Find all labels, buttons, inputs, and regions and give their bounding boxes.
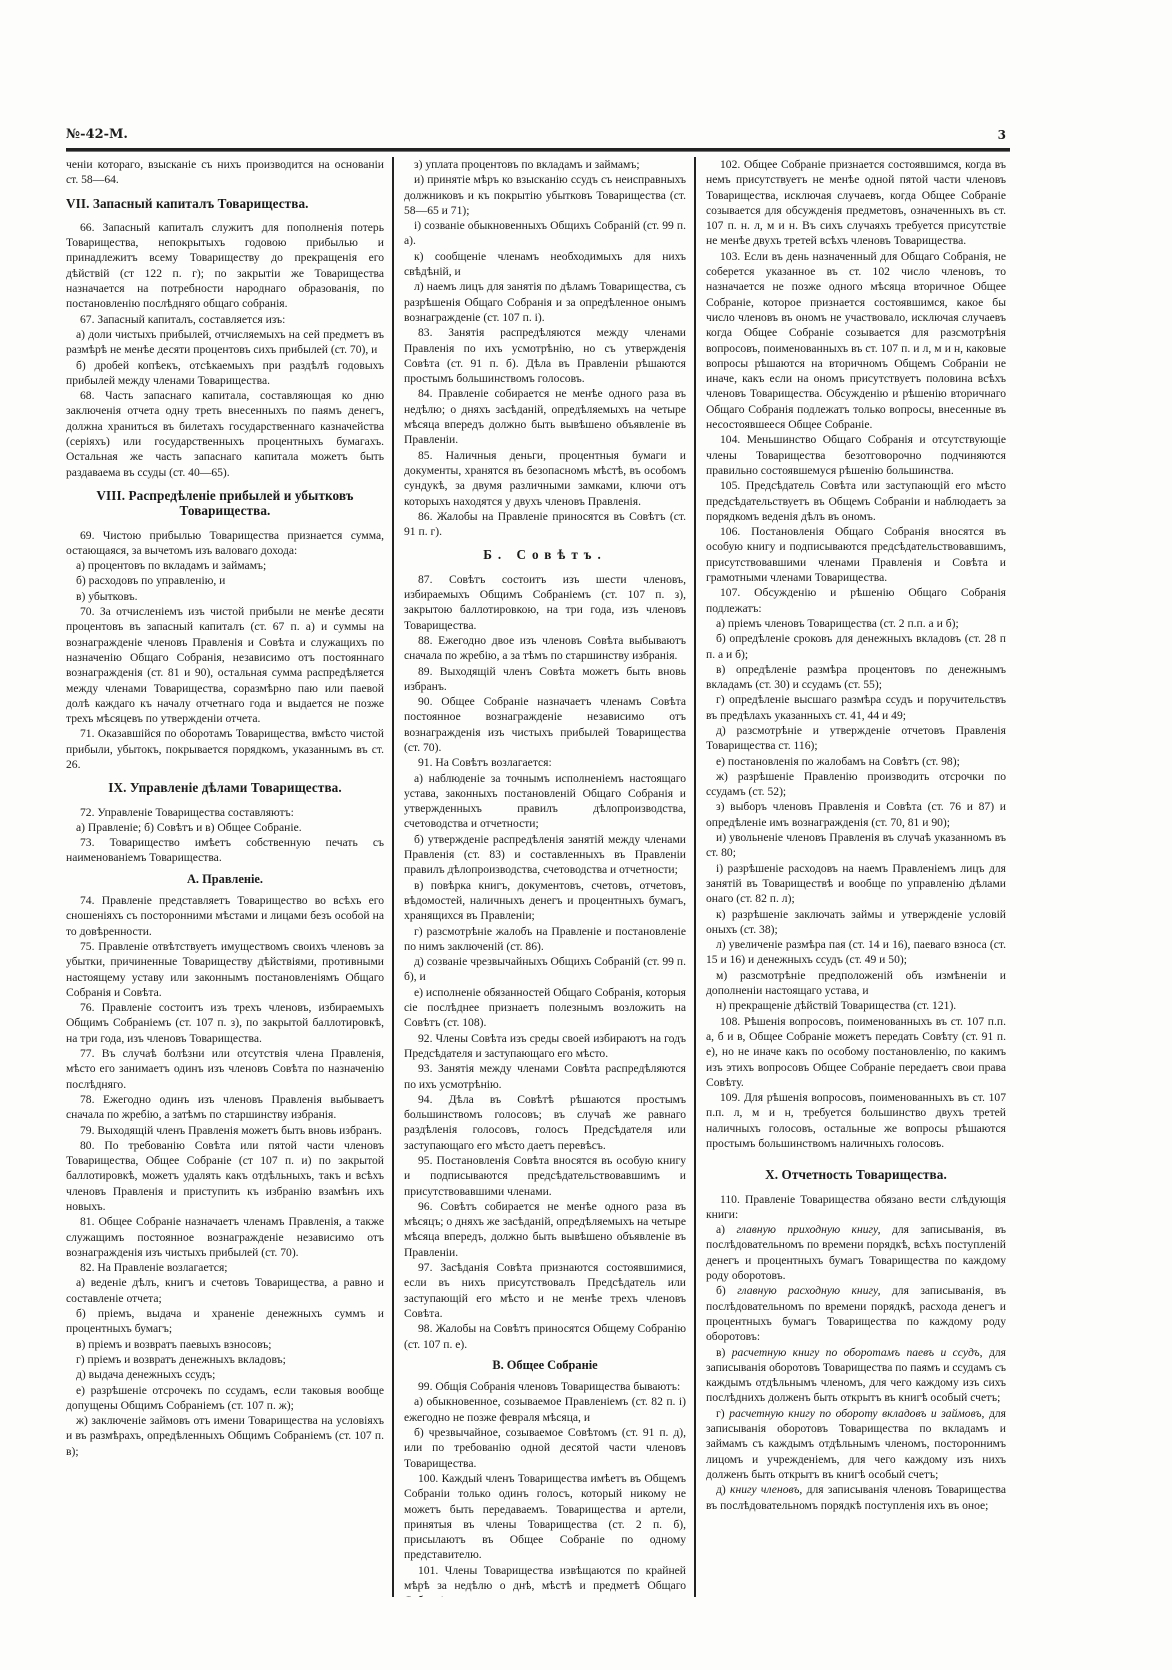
article-93: 93. Занятія между членами Совѣта распред… xyxy=(404,1061,686,1092)
article-95: 95. Постановленія Совѣта вносятся въ осо… xyxy=(404,1153,686,1199)
article-67: 67. Запасный капиталъ, составляется изъ: xyxy=(66,312,384,327)
item-label: а) xyxy=(716,1223,725,1236)
column-3: 102. Общее Собраніе признается состоявши… xyxy=(694,157,1006,1597)
article-91-v: в) повѣрка книгъ, документовъ, счетовъ, … xyxy=(404,878,686,924)
article-82-v: в) пріемъ и возвратъ паевыхъ взносовъ; xyxy=(66,1337,384,1352)
article-69-a: а) процентовъ по вкладамъ и займамъ; xyxy=(66,558,384,573)
article-99-b: б) чрезвычайное, созываемое Совѣтомъ (ст… xyxy=(404,1425,686,1471)
article-96: 96. Совѣтъ собирается не менѣе одного ра… xyxy=(404,1199,686,1260)
article-107-b: б) опредѣленіе сроковъ для денежныхъ вкл… xyxy=(706,631,1006,662)
article-107-m: м) разсмотрѣніе предположеній объ измѣне… xyxy=(706,968,1006,999)
article-71: 71. Оказавшійся по оборотамъ Товариществ… xyxy=(66,726,384,772)
article-107-z: з) выборъ членовъ Правленія и Совѣта (ст… xyxy=(706,799,1006,830)
newspaper-page: №-42-М. 3 ченіи котораго, взысканіе съ н… xyxy=(66,118,1010,1597)
article-69-b: б) расходовъ по управленію, и xyxy=(66,573,384,588)
article-82-zh: ж) заключеніе займовъ отъ имени Товарище… xyxy=(66,1413,384,1459)
item-label: г) xyxy=(716,1407,725,1420)
column-1: ченіи котораго, взысканіе съ нихъ произв… xyxy=(66,157,392,1597)
article-70: 70. За отчисленіемъ изъ чистой прибыли н… xyxy=(66,604,384,726)
header-rule xyxy=(66,148,1010,151)
article-110-d: д) книгу членовъ, для записыванія членов… xyxy=(706,1482,1006,1513)
article-72: 72. Управленіе Товарищества составляютъ: xyxy=(66,805,384,820)
issue-number: №-42-М. xyxy=(66,127,128,142)
article-97: 97. Засѣданія Совѣта признаются состоявш… xyxy=(404,1260,686,1321)
article-66: 66. Запасный капиталъ служитъ для пополн… xyxy=(66,220,384,312)
article-69-c: в) убытковъ. xyxy=(66,589,384,604)
item-label: б) xyxy=(716,1284,726,1297)
article-91-a: а) наблюденіе за точнымъ исполненіемъ на… xyxy=(404,771,686,832)
article-91: 91. На Совѣтъ возлагается: xyxy=(404,755,686,770)
article-68: 68. Часть запаснаго капитала, составляющ… xyxy=(66,388,384,480)
article-107-n: н) прекращеніе дѣйствій Товарищества (ст… xyxy=(706,998,1006,1013)
book-title: расчетную книгу по оборотамъ паевъ и ссу… xyxy=(732,1346,983,1359)
article-91-e: е) исполненіе обязанностей Общаго Собран… xyxy=(404,985,686,1031)
page-header: №-42-М. 3 xyxy=(66,118,1010,142)
article-91-d: д) созваніе чрезвычайныхъ Общихъ Собрані… xyxy=(404,954,686,985)
article-82-e: е) разрѣшеніе отсрочекъ по ссудамъ, если… xyxy=(66,1383,384,1414)
article-86: 86. Жалобы на Правленіе приносятся въ Со… xyxy=(404,509,686,540)
text-columns: ченіи котораго, взысканіе съ нихъ произв… xyxy=(66,157,1010,1597)
article-91-g: г) разсмотрѣніе жалобъ на Правленіе и по… xyxy=(404,924,686,955)
article-100: 100. Каждый членъ Товарищества имѣетъ въ… xyxy=(404,1471,686,1563)
article-72-a: а) Правленіе; б) Совѣтъ и в) Общее Собра… xyxy=(66,820,384,835)
article-104: 104. Меньшинство Общаго Собранія и отсут… xyxy=(706,432,1006,478)
article-78: 78. Ежегодно одинъ изъ членовъ Правленія… xyxy=(66,1092,384,1123)
article-105: 105. Предсѣдатель Совѣта или заступающій… xyxy=(706,478,1006,524)
article-82-i: и) принятіе мѣръ ко взысканію ссудъ съ н… xyxy=(404,172,686,218)
article-82-z: з) уплата процентовъ по вкладамъ и займа… xyxy=(404,157,686,172)
article-110-b: б) главную расходную книгу, для записыва… xyxy=(706,1283,1006,1344)
article-80: 80. По требованію Совѣта или пятой части… xyxy=(66,1138,384,1214)
paragraph: ченіи котораго, взысканіе съ нихъ произв… xyxy=(66,157,384,188)
article-107-k: к) разрѣшеніе заключать займы и утвержде… xyxy=(706,907,1006,938)
article-107-i2: і) разрѣшеніе расходовъ на наемъ Правлен… xyxy=(706,861,1006,907)
section-heading-viii: VIII. Распредѣленіе прибылей и убытковъ … xyxy=(66,488,384,519)
article-102: 102. Общее Собраніе признается состоявши… xyxy=(706,157,1006,249)
subsection-heading-b: Б. Совѣтъ. xyxy=(404,547,686,562)
spacer xyxy=(706,1151,1006,1159)
article-110-v: в) расчетную книгу по оборотамъ паевъ и … xyxy=(706,1345,1006,1406)
article-67-a: а) доли чистыхъ прибылей, отчисляемыхъ н… xyxy=(66,327,384,358)
article-85: 85. Наличныя деньги, процентныя бумаги и… xyxy=(404,448,686,509)
article-107-l: л) увеличеніе размѣра пая (ст. 14 и 16),… xyxy=(706,937,1006,968)
article-107-e: е) постановленія по жалобамъ на Совѣтъ (… xyxy=(706,754,1006,769)
article-84: 84. Правленіе собирается не менѣе одного… xyxy=(404,386,686,447)
article-106: 106. Постановленія Общаго Собранія внося… xyxy=(706,524,1006,585)
book-title: расчетную книгу по обороту вкладовъ и за… xyxy=(729,1407,984,1420)
article-83: 83. Занятія распредѣляются между членами… xyxy=(404,325,686,386)
article-109: 109. Для рѣшенія вопросовъ, поименованны… xyxy=(706,1090,1006,1151)
article-110: 110. Правленіе Товарищества обязано вест… xyxy=(706,1192,1006,1223)
article-89: 89. Выходящій членъ Совѣта можетъ быть в… xyxy=(404,664,686,695)
article-98: 98. Жалобы на Совѣтъ приносятся Общему С… xyxy=(404,1321,686,1352)
article-87: 87. Совѣтъ состоитъ изъ шести членовъ, и… xyxy=(404,572,686,633)
article-107-g: г) опредѣленіе высшаго размѣра ссудъ и п… xyxy=(706,692,1006,723)
article-103: 103. Если въ день назначенный для Общаго… xyxy=(706,249,1006,433)
subsection-heading-a: А. Правленіе. xyxy=(66,872,384,887)
subsection-heading-v: В. Общее Собраніе xyxy=(404,1358,686,1373)
article-90: 90. Общее Собраніе назначаетъ членамъ Со… xyxy=(404,694,686,755)
section-heading-vii: VII. Запасный капиталъ Товарищества. xyxy=(66,196,384,211)
article-82-b: б) пріемъ, выдача и храненіе денежныхъ с… xyxy=(66,1306,384,1337)
item-label: д) xyxy=(716,1483,726,1496)
section-heading-ix: IX. Управленіе дѣлами Товарищества. xyxy=(66,780,384,795)
article-107-a: а) пріемъ членовъ Товарищества (ст. 2 п.… xyxy=(706,616,1006,631)
article-67-b: б) дробей копѣекъ, отсѣкаемыхъ при раздѣ… xyxy=(66,358,384,389)
article-77: 77. Въ случаѣ болѣзни или отсутствія чле… xyxy=(66,1046,384,1092)
page-number: 3 xyxy=(998,128,1010,142)
article-82-i2: і) созваніе обыкновенныхъ Общихъ Собрані… xyxy=(404,218,686,249)
article-107-zh: ж) разрѣшеніе Правленію производить отср… xyxy=(706,769,1006,800)
article-74: 74. Правленіе представляетъ Товарищество… xyxy=(66,893,384,939)
book-title: главную расходную книгу, xyxy=(737,1284,880,1297)
article-110-a: а) главную приходную книгу, для записыва… xyxy=(706,1222,1006,1283)
article-107-d: д) разсмотрѣніе и утвержденіе отчетовъ П… xyxy=(706,723,1006,754)
article-73: 73. Товарищество имѣетъ собственную печа… xyxy=(66,835,384,866)
article-91-b: б) утвержденіе распредѣленія занятій меж… xyxy=(404,832,686,878)
article-108: 108. Рѣшенія вопросовъ, поименованныхъ в… xyxy=(706,1014,1006,1090)
article-92: 92. Члены Совѣта изъ среды своей избираю… xyxy=(404,1031,686,1062)
article-81: 81. Общее Собраніе назначаетъ членамъ Пр… xyxy=(66,1214,384,1260)
article-101: 101. Члены Товарищества извѣщаются по кр… xyxy=(404,1563,686,1597)
article-76: 76. Правленіе состоитъ изъ трехъ членовъ… xyxy=(66,1000,384,1046)
article-99-a: а) обыкновенное, созываемое Правленіемъ … xyxy=(404,1394,686,1425)
article-94: 94. Дѣла въ Совѣтѣ рѣшаются простымъ бол… xyxy=(404,1092,686,1153)
article-82-a: а) веденіе дѣлъ, книгъ и счетовъ Товарищ… xyxy=(66,1275,384,1306)
article-69: 69. Чистою прибылью Товарищества признае… xyxy=(66,528,384,559)
section-heading-x: X. Отчетность Товарищества. xyxy=(706,1167,1006,1182)
article-75: 75. Правленіе отвѣтствуетъ имуществомъ с… xyxy=(66,939,384,1000)
article-82-d: д) выдача денежныхъ ссудъ; xyxy=(66,1367,384,1382)
book-title: главную приходную книгу, xyxy=(736,1223,880,1236)
article-88: 88. Ежегодно двое изъ членовъ Совѣта выб… xyxy=(404,633,686,664)
item-label: в) xyxy=(716,1346,725,1359)
column-2: з) уплата процентовъ по вкладамъ и займа… xyxy=(392,157,694,1597)
book-title: книгу членовъ, xyxy=(730,1483,802,1496)
article-82-g: г) пріемъ и возвратъ денежныхъ вкладовъ; xyxy=(66,1352,384,1367)
article-79: 79. Выходящій членъ Правленія можетъ быт… xyxy=(66,1123,384,1138)
article-107-i: и) увольненіе членовъ Правленія въ случа… xyxy=(706,830,1006,861)
article-110-g: г) расчетную книгу по обороту вкладовъ и… xyxy=(706,1406,1006,1482)
article-82-l: л) наемъ лицъ для занятія по дѣламъ Това… xyxy=(404,279,686,325)
article-107: 107. Обсужденію и рѣшенію Общаго Собрані… xyxy=(706,585,1006,616)
article-82-k: к) сообщеніе членамъ необходимыхъ для ни… xyxy=(404,249,686,280)
article-82: 82. На Правленіе возлагается; xyxy=(66,1260,384,1275)
article-107-v: в) опредѣленіе размѣра процентовъ по ден… xyxy=(706,662,1006,693)
article-99: 99. Общія Собранія членовъ Товарищества … xyxy=(404,1379,686,1394)
